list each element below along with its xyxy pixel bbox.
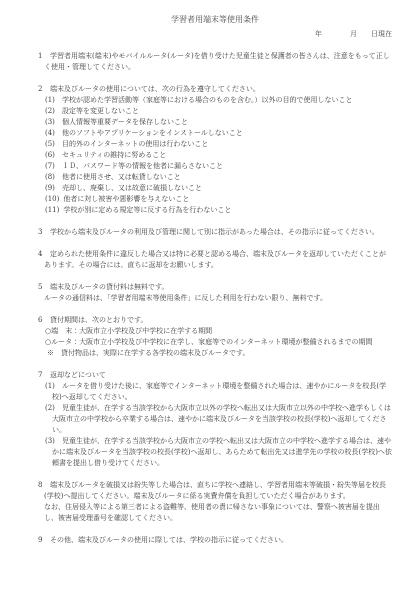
subitem-number: (8)	[45, 172, 58, 183]
subitem-text: ＩＤ、パスワード等の情報を他者に漏らさないこと	[62, 162, 223, 170]
section: 9その他、端末及びルータの使用に際しては、学校の指示に従ってください。	[38, 535, 392, 546]
subitem: (8)他者に使用させ、又は転貸しないこと	[45, 172, 392, 183]
section-heading: 4定められた使用条件に違反した場合又は特に必要と認める場合、端末及びルータを返却…	[38, 249, 392, 271]
subitem: (10)他者に対し被害や悪影響を与えないこと	[45, 194, 392, 205]
section-text: 貸付期間は、次のとおりです。	[50, 316, 147, 324]
subitem-number: (1)	[45, 381, 58, 392]
section-heading: 1学習者用端末(端末)やモバイルルータ(ルータ)を借り受けた児童生徒と保護者の皆…	[38, 51, 392, 73]
subitem-number: (9)	[45, 183, 58, 194]
subitem-number: (5)	[45, 139, 58, 150]
subitem-text: セキュリティの維持に努めること	[62, 151, 166, 159]
subitem-text: 他者に使用させ、又は転貸しないこと	[62, 173, 181, 181]
subitem: (2)設定等を変更しないこと	[45, 106, 392, 117]
subitem-text: 児童生徒が、在学する当該学校から大阪市立の学校へ転出又は大阪市立の中学校へ進学す…	[52, 437, 392, 467]
section: 7返却などについて (1)ルータを借り受けた後に、家庭等でインターネット環境を整…	[38, 370, 392, 469]
subitem-text: 学校が認めた学習活動等（家庭等における場合のものを含む。）以外の目的で使用しない…	[62, 96, 353, 104]
subitem-number: (4)	[45, 128, 58, 139]
section-number: 4	[38, 249, 46, 260]
section-text: 端末及びルータの使用については、次の行為を遵守してください。	[50, 85, 260, 93]
subitem: (11)学校が別に定める規定等に反する行為を行わないこと	[45, 205, 392, 216]
section-number: 6	[38, 315, 46, 326]
section: 4定められた使用条件に違反した場合又は特に必要と認める場合、端末及びルータを返却…	[38, 249, 392, 271]
section: 5端末及びルータの貸付料は無料です。 ルータの通信料は、「学習者用端末等使用条件…	[38, 282, 392, 304]
document-title: 学習者用端末等使用条件	[38, 14, 392, 25]
section-heading: 9その他、端末及びルータの使用に際しては、学校の指示に従ってください。	[38, 535, 392, 546]
section-text: その他、端末及びルータの使用に際しては、学校の指示に従ってください。	[50, 536, 288, 544]
section-heading: 8端末及びルータを破損又は紛失等した場合は、直ちに学校へ連絡し、学習者用端末等破…	[38, 480, 392, 502]
subitem: (2)児童生徒が、在学する当該学校から大阪市立以外の学校へ転出又は大阪市立以外の…	[45, 403, 392, 436]
note-line: ※ 貸付物品は、実際に在学する各学校の端末及びルータです。	[47, 348, 392, 359]
subitem-text: ルータを借り受けた後に、家庭等でインターネット環境を整備された場合は、速やかにル…	[52, 382, 386, 401]
section-heading: 2端末及びルータの使用については、次の行為を遵守してください。	[38, 84, 392, 95]
section-text: 学習者用端末(端末)やモバイルルータ(ルータ)を借り受けた児童生徒と保護者の皆さ…	[44, 52, 390, 71]
subitem-number: (2)	[45, 106, 58, 117]
subitem-text: 他のソフトやアプリケーションをインストールしないこと	[62, 129, 243, 137]
subitem-text: 目的外のインターネットの使用は行わないこと	[62, 140, 208, 148]
section-text: 端末及びルータを破損又は紛失等した場合は、直ちに学校へ連絡し、学習者用端末等破損…	[44, 481, 386, 500]
bullet-line: ○ルータ：大阪市立小学校及び中学校に在学し、家庭等でのインターネット環境が整備さ…	[45, 337, 392, 348]
subitem: (1)ルータを借り受けた後に、家庭等でインターネット環境を整備された場合は、速や…	[45, 381, 392, 403]
subitem: (7)ＩＤ、パスワード等の情報を他者に漏らさないこと	[45, 161, 392, 172]
section-number: 3	[38, 227, 46, 238]
subitem-text: 他者に対し被害や悪影響を与えないこと	[63, 195, 189, 203]
document-page: 学習者用端末等使用条件 年 月 日現在 1学習者用端末(端末)やモバイルルータ(…	[0, 0, 420, 611]
section-number: 7	[38, 370, 46, 381]
subitem: (1)学校が認めた学習活動等（家庭等における場合のものを含む。）以外の目的で使用…	[45, 95, 392, 106]
section-text: 端末及びルータの貸付料は無料です。	[50, 283, 168, 291]
subitem-number: (1)	[45, 95, 58, 106]
subitem-number: (2)	[45, 403, 58, 414]
subitem: (4)他のソフトやアプリケーションをインストールしないこと	[45, 128, 392, 139]
section-text: 学校から端末及びルータの利用及び管理に関して別に指示があった場合は、その指示に従…	[50, 228, 379, 236]
subitem-text: 売却し、廃棄し、又は故意に破損しないこと	[62, 184, 202, 192]
subitem: (6)セキュリティの維持に努めること	[45, 150, 392, 161]
subitem: (9)売却し、廃棄し、又は故意に破損しないこと	[45, 183, 392, 194]
section: 2端末及びルータの使用については、次の行為を遵守してください。 (1)学校が認め…	[38, 84, 392, 216]
section-text: 返却などについて	[50, 371, 106, 379]
subitem-text: 個人情報等重要データを保存しないこと	[62, 118, 188, 126]
subitem-number: (11)	[45, 205, 59, 216]
subitem-number: (7)	[45, 161, 58, 172]
section-paragraph: なお、住居侵入等による第三者による盗難等、使用者の責に帰さない事象については、警…	[44, 502, 392, 524]
date-line: 年 月 日現在	[38, 29, 392, 40]
subitem-text: 設定等を変更しないこと	[62, 107, 139, 115]
bullet-line: ○端 末：大阪市立小学校及び中学校に在学する期間	[45, 326, 392, 337]
subitem-number: (10)	[45, 194, 59, 205]
section-text: 定められた使用条件に違反した場合又は特に必要と認める場合、端末及びルータを返却し…	[44, 250, 386, 269]
conditions-list: 1学習者用端末(端末)やモバイルルータ(ルータ)を借り受けた児童生徒と保護者の皆…	[38, 51, 392, 546]
subitem-text: 学校が別に定める規定等に反する行為を行わないこと	[63, 206, 231, 214]
section-number: 1	[38, 51, 46, 62]
section-paragraph: ルータの通信料は、「学習者用端末等使用条件」に反した利用を行わない限り、無料です…	[44, 293, 392, 304]
section-number: 2	[38, 84, 46, 95]
subitem-text: 児童生徒が、在学する当該学校から大阪市立以外の学校へ転出又は大阪市立以外の中学校…	[52, 404, 391, 434]
section-number: 5	[38, 282, 46, 293]
subitem-number: (6)	[45, 150, 58, 161]
section-number: 9	[38, 535, 46, 546]
subitem: (3)個人情報等重要データを保存しないこと	[45, 117, 392, 128]
section: 3学校から端末及びルータの利用及び管理に関して別に指示があった場合は、その指示に…	[38, 227, 392, 238]
section: 8端末及びルータを破損又は紛失等した場合は、直ちに学校へ連絡し、学習者用端末等破…	[38, 480, 392, 524]
section-heading: 6貸付期間は、次のとおりです。	[38, 315, 392, 326]
subitem: (3)児童生徒が、在学する当該学校から大阪市立の学校へ転出又は大阪市立の中学校へ…	[45, 436, 392, 469]
subitem: (5)目的外のインターネットの使用は行わないこと	[45, 139, 392, 150]
subitem-number: (3)	[45, 117, 58, 128]
section-number: 8	[38, 480, 46, 491]
section-heading: 7返却などについて	[38, 370, 392, 381]
section-heading: 3学校から端末及びルータの利用及び管理に関して別に指示があった場合は、その指示に…	[38, 227, 392, 238]
subitem-number: (3)	[45, 436, 58, 447]
section: 1学習者用端末(端末)やモバイルルータ(ルータ)を借り受けた児童生徒と保護者の皆…	[38, 51, 392, 73]
section-heading: 5端末及びルータの貸付料は無料です。	[38, 282, 392, 293]
section: 6貸付期間は、次のとおりです。 ○端 末：大阪市立小学校及び中学校に在学する期間…	[38, 315, 392, 359]
